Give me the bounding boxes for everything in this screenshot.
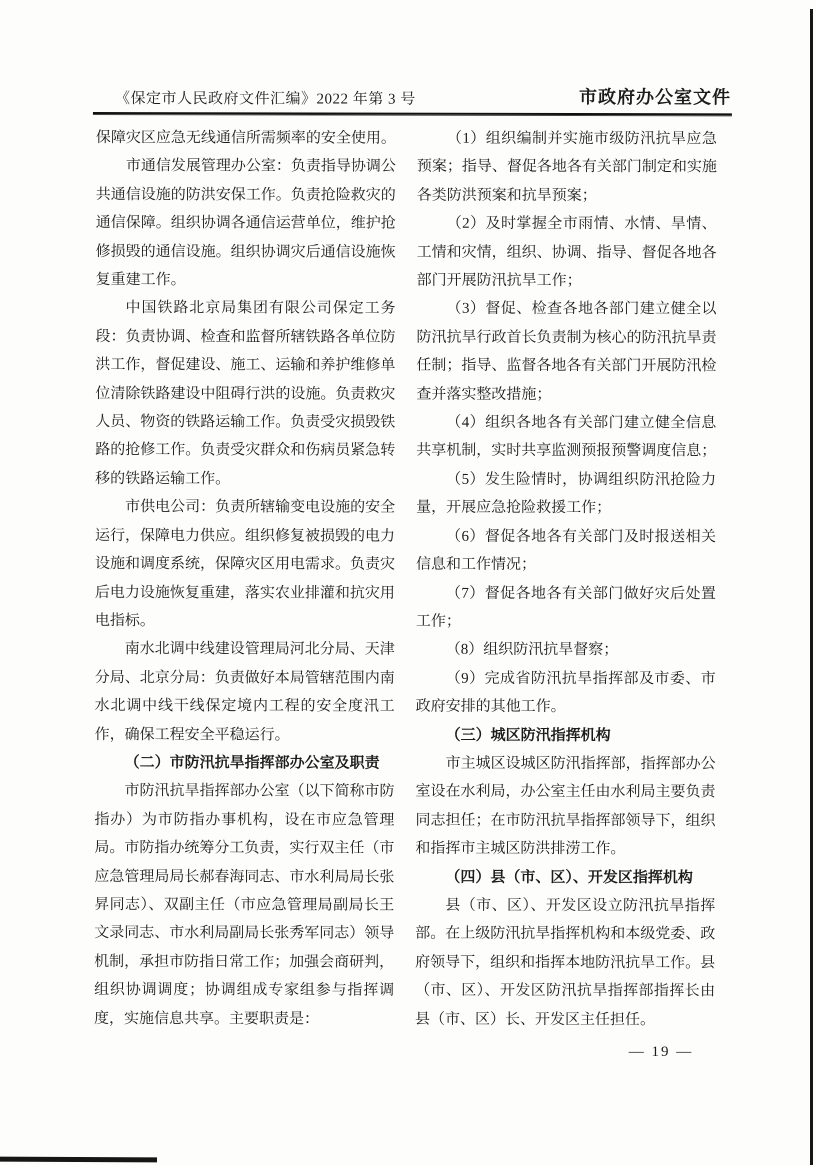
right-column: （1）组织编制并实施市级防汛抗旱应急预案；指导、督促各地各有关部门制定和实施各类… (415, 125, 717, 1035)
paragraph: 保障灾区应急无线通信所需频率的安全使用。 (96, 124, 396, 153)
page-number: — 19 — (598, 1044, 724, 1061)
journal-title: 《保定市人民政府文件汇编》2022 年第 3 号 (115, 87, 416, 109)
paragraph: （4）组织各地各有关部门建立健全信息共享机制，实时共享监测预报预警调度信息； (416, 409, 716, 466)
paragraph: 县（市、区）、开发区设立防汛抗旱指挥部。在上级防汛抗旱指挥机构和本级党委、政府领… (415, 892, 715, 1035)
paragraph: 南水北调中线建设管理局河北分局、天津分局、北京分局：负责做好本局管辖范围内南水北… (95, 635, 395, 749)
scanned-document-page: 《保定市人民政府文件汇编》2022 年第 3 号 市政府办公室文件 保障灾区应急… (0, 0, 816, 1165)
paragraph: （8）组织防汛抗旱督察； (416, 636, 716, 665)
left-column: 保障灾区应急无线通信所需频率的安全使用。 市通信发展管理办公室：负责指导协调公共… (94, 124, 396, 1034)
paragraph: 市供电公司：负责所辖输变电设施的安全运行，保障电力供应。组织修复被损毁的电力设施… (95, 493, 395, 636)
scan-edge-artifact-bottom (0, 1157, 157, 1163)
section-heading: （四）县（市、区）、开发区指挥机构 (415, 863, 715, 892)
paragraph: （9）完成省防汛抗旱指挥部及市委、市政府安排的其他工作。 (416, 664, 716, 721)
section-heading: （二）市防汛抗旱指挥部办公室及职责 (95, 749, 395, 778)
paragraph: 市通信发展管理办公室：负责指导协调公共通信设施的防洪安保工作。负责抢险救灾的通信… (96, 152, 396, 295)
section-heading: （三）城区防汛指挥机构 (416, 721, 716, 750)
page-header: 《保定市人民政府文件汇编》2022 年第 3 号 市政府办公室文件 (93, 82, 733, 113)
paragraph: （1）组织编制并实施市级防汛抗旱应急预案；指导、督促各地各有关部门制定和实施各类… (417, 125, 717, 211)
paragraph: （5）发生险情时，协调组织防汛抢险力量，开展应急抢险救援工作； (416, 466, 716, 523)
document-content: 《保定市人民政府文件汇编》2022 年第 3 号 市政府办公室文件 保障灾区应急… (91, 82, 733, 1034)
document-type-label: 市政府办公室文件 (579, 83, 731, 109)
paragraph: （3）督促、检查各地各部门建立健全以防汛抗旱行政首长负责制为核心的防汛抗旱责任制… (416, 295, 716, 409)
paragraph: （2）及时掌握全市雨情、水情、旱情、工情和灾情，组织、协调、指导、督促各地各部门… (417, 210, 717, 296)
paragraph: 市主城区设城区防汛指挥部，指挥部办公室设在水利局，办公室主任由水利局主要负责同志… (415, 750, 715, 864)
paragraph: （6）督促各地各有关部门及时报送相关信息和工作情况； (416, 522, 716, 579)
scan-edge-artifact-right (810, 9, 813, 1165)
paragraph: 中国铁路北京局集团有限公司保定工务段：负责协调、检查和监督所辖铁路各单位防洪工作… (95, 294, 395, 493)
header-divider (93, 112, 732, 116)
paragraph: （7）督促各地各有关部门做好灾后处置工作； (416, 579, 716, 636)
two-column-body: 保障灾区应急无线通信所需频率的安全使用。 市通信发展管理办公室：负责指导协调公共… (94, 124, 718, 1034)
paragraph: 市防汛抗旱指挥部办公室（以下简称市防指办）为市防指办事机构，设在市应急管理局。市… (94, 777, 395, 1033)
